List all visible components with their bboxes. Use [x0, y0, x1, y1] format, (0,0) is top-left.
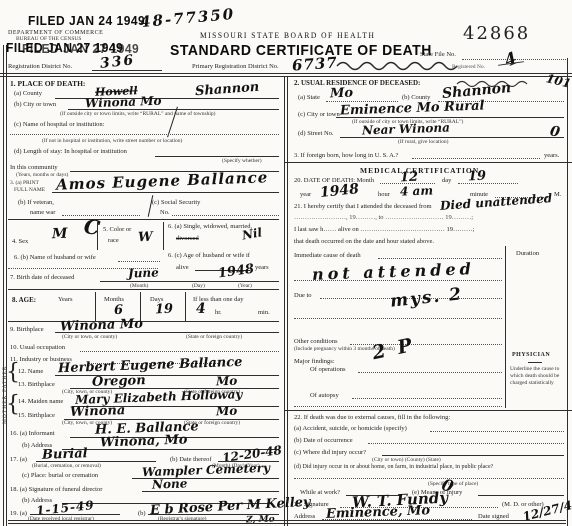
father-name-label: 12. Name: [18, 368, 43, 375]
disposition-date-label: (b) Date thereof: [170, 456, 212, 463]
hospital-note: (If not in hospital or institution, writ…: [42, 138, 182, 144]
other-conditions-label: Other conditions: [294, 338, 338, 345]
duration-label: Duration: [516, 250, 539, 257]
external-c-line: [382, 455, 564, 456]
age-row-bottom-line: [8, 321, 279, 322]
scribble-mark: [335, 57, 460, 71]
marital-label-struck: divorced: [176, 235, 199, 242]
length-of-stay-label: (d) Length of stay: In hospital or insti…: [14, 148, 127, 155]
certify-line-2: ……………………, 19………, to ……………………… 19………;: [294, 214, 473, 221]
residence-heading: 2. USUAL RESIDENCE OF DECEASED:: [294, 79, 420, 87]
stay-note: (Specify whether): [222, 158, 262, 164]
birth-month-value: June: [128, 265, 159, 280]
dod-year-value: 1948: [319, 181, 359, 201]
physician-address-label: Address: [294, 513, 315, 520]
header-rule: [0, 73, 572, 74]
spouse-age-years-label: years: [255, 264, 269, 271]
physician-dash: [528, 362, 542, 363]
left-edge-rule: [3, 45, 7, 526]
color-label-2: race: [108, 237, 119, 244]
autopsy-label: Of autopsy: [310, 392, 339, 399]
certify-line-4: that death occurred on the date and hour…: [294, 238, 434, 245]
funeral-director-line: [142, 491, 279, 492]
place-of-death-heading: 1. PLACE OF DEATH:: [10, 79, 85, 88]
registrar-label-b: (b): [138, 510, 146, 517]
disposition-note: (Burial, cremation, or removal): [32, 463, 101, 469]
immediate-cause-label: Immediate cause of death: [294, 252, 361, 259]
age-grid-divider-1: [95, 292, 96, 321]
registrar-date-note: (Date received local registrar): [28, 516, 94, 522]
veteran-label-2: name war: [30, 209, 55, 216]
immediate-cause-line: [378, 258, 502, 259]
certify-value: Died unattended: [440, 191, 553, 213]
stray-mark-c: C: [82, 214, 101, 240]
registrar-date-line: [30, 514, 120, 515]
age-hours-value: 4: [196, 301, 206, 317]
registration-district-value: 336: [99, 52, 136, 72]
community-label: In this community: [10, 164, 58, 171]
date-signed-label: Date signed: [478, 513, 509, 520]
board-name: MISSOURI STATE BOARD OF HEALTH: [200, 31, 375, 40]
underline-note: Underline the cause to which death shoul…: [510, 366, 564, 387]
city-label: (b) City or town: [14, 101, 56, 108]
medical-certification-heading: MEDICAL CERTIFICATION: [360, 166, 479, 175]
external-section-rule: [285, 410, 572, 411]
external-b-label: (b) Date of occurrence: [294, 437, 353, 444]
external-b-line: [368, 443, 564, 444]
major-findings-label: Major findings:: [294, 358, 335, 365]
operations-value: 2 P: [370, 334, 417, 364]
age-days-value: 19: [155, 302, 174, 318]
filed-stamp-jan24: FILED JAN 24 1949: [28, 14, 145, 29]
registered-no-value: 4: [502, 49, 520, 72]
mother-birthplace-state: Mo: [216, 404, 238, 419]
external-heading: 22. If death was due to external causes,…: [294, 414, 450, 421]
father-birthplace-state: Mo: [216, 374, 238, 389]
county-value: Shannon: [195, 80, 260, 99]
primary-district-value: 6737: [291, 53, 338, 74]
birth-date-label: 7. Birth date of deceased: [10, 274, 74, 281]
print-name-label-2: FULL NAME: [14, 187, 45, 193]
age-row-top-heavy: [8, 289, 279, 290]
date-of-death-day: 19: [468, 169, 487, 185]
hospital-line: [10, 134, 279, 135]
spouse-line: [118, 261, 160, 262]
birth-year-value: 1948: [217, 262, 255, 282]
external-c-label: (c) Where did injury occur?: [294, 449, 366, 456]
full-name-line: [52, 192, 279, 193]
row3-bottom-line: [8, 219, 279, 220]
bottom-rule-1: [8, 520, 566, 521]
means-of-injury-line: [478, 495, 564, 496]
spouse-label: 6. (b) Name of husband or wife: [14, 254, 96, 261]
registrar-label-a: 19. (a): [10, 510, 27, 517]
mother-maiden-label: 14. Maiden name: [18, 398, 63, 405]
registrar-signature-note: (Registrar's signature): [158, 516, 207, 522]
disposition-label: 17. (a): [10, 456, 27, 463]
residence-street-value: Near Winona: [362, 120, 450, 137]
residence-street-label: (d) Street No.: [298, 130, 334, 137]
county-label: (a) County: [14, 90, 42, 97]
file-number-handwritten: 48-77350: [139, 5, 236, 31]
due-to-label: Due to: [294, 292, 312, 299]
dod-hour-value: 4 am: [400, 183, 433, 198]
stay-line: [155, 156, 279, 157]
due-to-value: mys. 2: [389, 284, 464, 312]
bottom-rule-2: [8, 523, 566, 524]
residence-state-value: Mo: [330, 86, 354, 102]
spouse-age-label-1: 6. (c) Age of husband or wife if: [168, 252, 250, 259]
age-grid-divider-3: [185, 292, 186, 321]
primary-district-label: Primary Registration District No.: [192, 63, 279, 70]
due-to-rule-2: [294, 318, 502, 319]
registration-district-line: [92, 70, 162, 71]
age-min-label: min.: [258, 309, 270, 316]
marital-value: Nil: [241, 225, 263, 242]
ssn-label-2: No.: [160, 209, 170, 216]
dod-m-label: M.: [554, 191, 561, 198]
sex-value: M: [52, 226, 68, 243]
residence-city-line: [336, 117, 564, 118]
birthplace-note-1: (City or town, or county): [62, 334, 117, 340]
dod-year-label: year: [300, 191, 311, 198]
right-edge-rule: [567, 58, 568, 526]
burial-place-label: (c) Place: burial or cremation: [22, 472, 98, 479]
certify-line-3: I last saw h…… alive on ………………………………… 19…: [294, 226, 474, 233]
disposition-line: [36, 461, 156, 462]
color-marital-divider: [163, 222, 164, 250]
marital-label: 6. (a) Single, widowed, married,: [168, 223, 252, 230]
foreign-born-label: 3. If foreign born, how long in U. S. A.…: [294, 152, 398, 159]
certificate-serial-number: 42868: [463, 23, 530, 44]
residence-street-line: [340, 137, 564, 138]
birthplace-label: 9. Birthplace: [10, 326, 44, 333]
mother-birthplace-label: 15. Birthplace: [18, 412, 55, 419]
external-a-label: (a) Accident, suicide, or homicide (spec…: [294, 425, 407, 432]
duration-box-divider: [505, 246, 506, 408]
operations-line: [358, 372, 502, 373]
occupation-label: 10. Usual occupation: [10, 344, 65, 351]
external-d-line: [294, 478, 564, 479]
sex-color-divider: [97, 222, 98, 250]
ssn-label: (c) Social Security: [152, 199, 200, 206]
dod-hour-label: hour: [378, 191, 390, 198]
city-value: Winona Mo: [85, 94, 162, 111]
spouse-age-label-2: alive: [176, 264, 189, 271]
birthplace-note-2: (State or foreign country): [186, 334, 242, 340]
physician-label: PHYSICIAN: [512, 352, 550, 358]
dod-line-2: [458, 183, 518, 184]
father-birthplace-label: 13. Birthplace: [18, 381, 55, 388]
funeral-director-label: 18. (a) Signature of funeral director: [10, 486, 102, 493]
birthplace-line: [55, 332, 279, 333]
funeral-director-value: None: [152, 476, 188, 491]
column-divider: [284, 76, 288, 526]
death-certificate-scan: FILED JAN 24 1949 48-77350 DEPARTMENT OF…: [0, 0, 572, 526]
while-at-work-label: While at work?: [300, 489, 340, 496]
medical-section-rule: [285, 162, 572, 163]
deceased-full-name: Amos Eugene Ballance: [56, 168, 269, 193]
informant-label: 16. (a) Informant: [10, 430, 55, 437]
operations-label: Of operations: [310, 366, 346, 373]
city-note: (If outside city or town limits, write “…: [60, 111, 216, 117]
external-c-note: (City or town) (County) (State): [372, 457, 441, 463]
residence-street-note: (If rural, give location): [398, 139, 448, 145]
physician-signature-label: 23. Signature: [294, 501, 329, 508]
cause-rule-line: [294, 280, 502, 281]
age-months-value: 6: [114, 303, 124, 318]
color-value: W: [138, 230, 153, 246]
mother-birthplace-value: Winona: [70, 403, 126, 420]
external-d-label: (d) Did injury occur in or about home, o…: [294, 464, 493, 470]
city-line: [68, 109, 279, 110]
residence-stray-mark: 0: [549, 123, 561, 140]
sex-label: 4. Sex: [12, 238, 28, 245]
age-hr-label: hr.: [215, 309, 222, 316]
external-a-line: [430, 431, 564, 432]
father-name-value: Herbert Eugene Ballance: [58, 355, 243, 376]
birth-date-line: [100, 281, 279, 282]
age-label: 8. AGE:: [12, 296, 36, 304]
date-of-death-day-label: day: [442, 177, 451, 184]
certify-label: 21. I hereby certify that I attended the…: [294, 203, 432, 210]
residence-city-label: (c) City or town: [298, 111, 340, 118]
registration-district-label: Registration District No.: [8, 63, 72, 70]
findings-rule: [294, 406, 502, 407]
age-years-header: Years: [58, 296, 73, 303]
veteran-label: (b) If veteran,: [18, 199, 54, 206]
residence-state-label: (a) State: [298, 94, 320, 101]
father-name-line: [55, 375, 279, 376]
ssn-line: [172, 215, 279, 216]
foreign-born-line: [412, 158, 540, 159]
registered-no-label: Registered No.: [452, 64, 485, 70]
foreign-born-years-label: years.: [544, 152, 559, 159]
occupation-line: [80, 351, 279, 352]
color-label-1: 5. Color or: [103, 226, 131, 233]
autopsy-line: [352, 398, 502, 399]
hospital-label: (c) Name of hospital or institution:: [14, 121, 104, 128]
informant-address-value: Winona, Mo: [100, 432, 188, 450]
print-name-label-1: 3. (a) PRINT: [10, 180, 39, 186]
